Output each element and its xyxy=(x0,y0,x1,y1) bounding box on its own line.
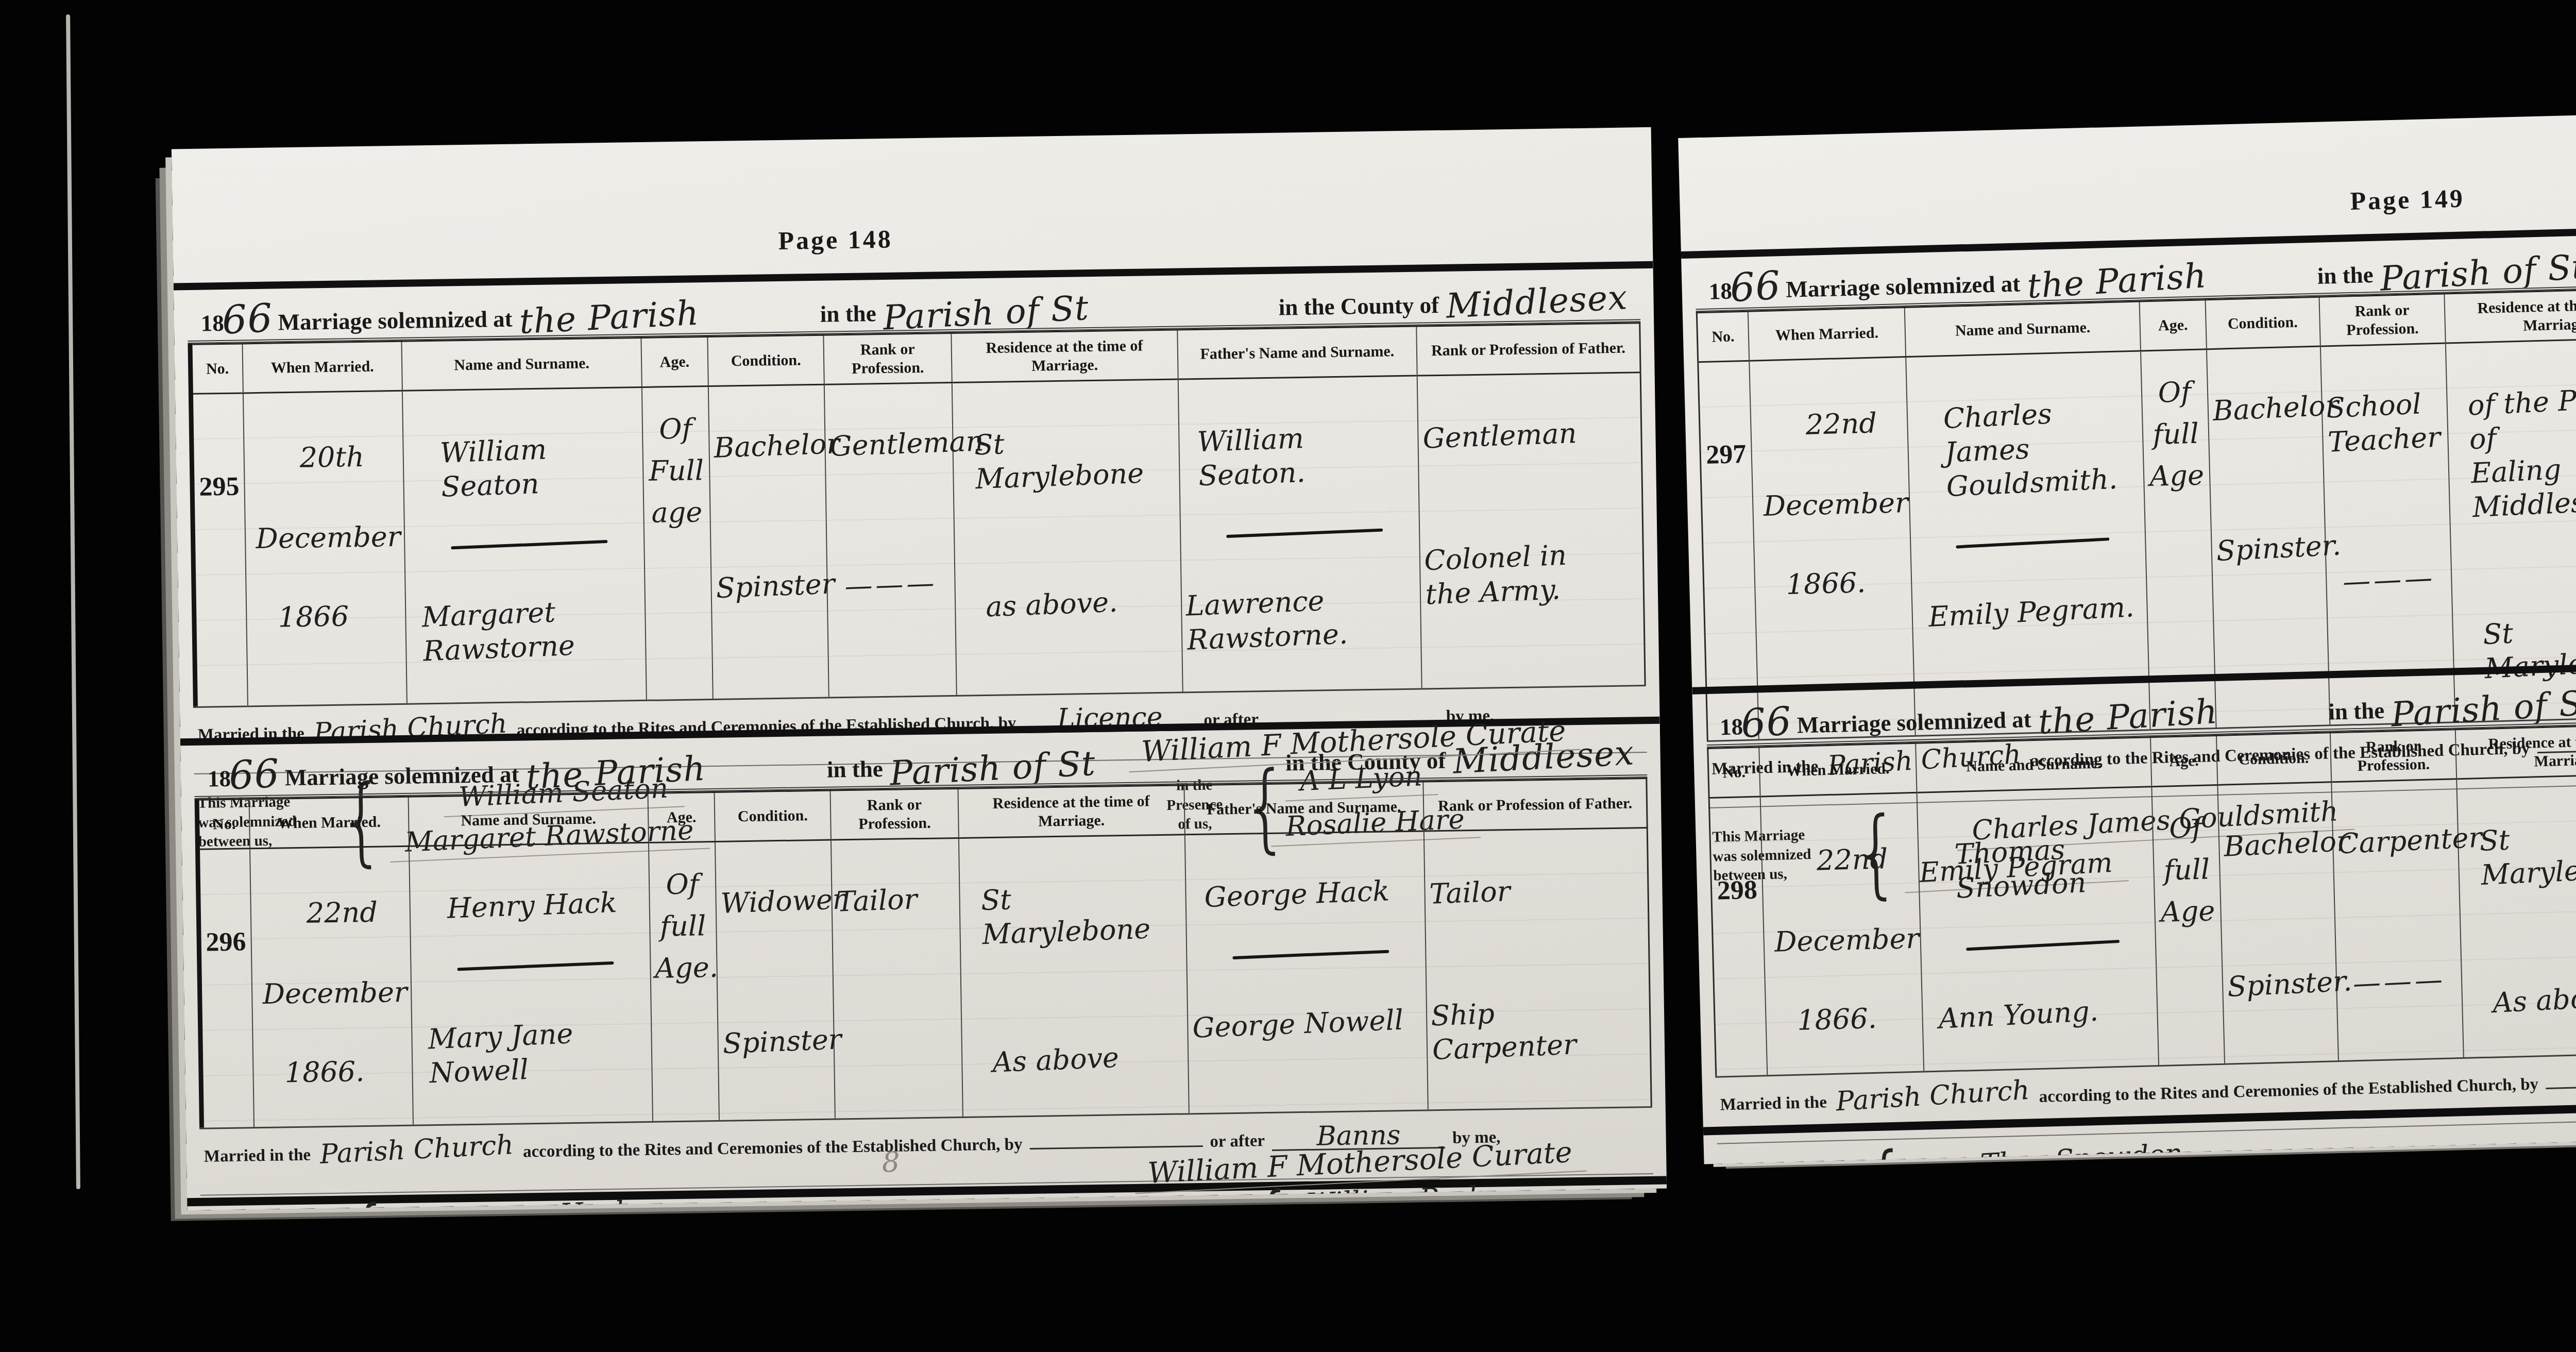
in-the-label: in the xyxy=(2328,697,2385,725)
register-table: No. When Married. Name and Surname. Age.… xyxy=(1707,712,2576,1076)
cell-record-number: 297 xyxy=(1698,361,1759,740)
rites-label: according to the Rites and Ceremonies of… xyxy=(523,1135,1023,1161)
bride-name: Emily Pegram. xyxy=(1927,590,2143,634)
col-header-rank-profession: Rank or Profession. xyxy=(824,333,952,385)
col-header-age: Age. xyxy=(641,337,708,387)
cell-record-number: 296 xyxy=(198,849,254,1128)
bride-name: Margaret Rawstorne xyxy=(421,592,642,668)
cell-condition: Bachelor Spinster xyxy=(708,384,829,699)
col-header-age: Age. xyxy=(2150,735,2217,786)
marriage-record-section: 1866 Marriage solemnized at the Parish C… xyxy=(1681,215,2576,687)
groom-father-name: William Seaton. xyxy=(1196,417,1415,493)
bride-rank: ——— xyxy=(2340,961,2458,1001)
married-in-label: Married in the xyxy=(1720,1093,1827,1114)
register-table: No. When Married. Name and Surname. Age.… xyxy=(188,322,1646,706)
groom-residence: of the Parish of Ealing Middlesex xyxy=(2467,380,2576,525)
year-handwritten: 66 xyxy=(221,298,274,340)
wedding-month: December xyxy=(1763,489,1905,522)
groom-condition: Bachelor xyxy=(2223,825,2329,864)
cell-names: William Seaton Margaret Rawstorne xyxy=(402,387,646,703)
cell-residence: St Marylebone As above xyxy=(959,835,1189,1117)
cell-when-married: 20th December 1866 xyxy=(243,391,407,705)
cell-rank: Carpenter ——— xyxy=(2331,779,2464,1061)
groom-rank: Carpenter xyxy=(2337,822,2454,861)
solemnized-at-label: Marriage solemnized at xyxy=(1786,270,2021,302)
bride-condition: Spinster xyxy=(715,567,823,605)
rites-label: according to the Rites and Ceremonies of… xyxy=(2039,1075,2538,1107)
record-number: 296 xyxy=(204,852,247,959)
cell-record-number: 295 xyxy=(191,393,247,706)
col-header-residence: Residence at the time of Marriage. xyxy=(2455,724,2576,779)
bride-father-name: Lawrence Rawstorne. xyxy=(1185,581,1417,657)
age-value: Of full Age. xyxy=(653,863,713,989)
entry-row: 296 22nd December 1866. Henry Hack Mary … xyxy=(198,828,1652,1128)
cell-father-rank: Tailor Ship Carpenter xyxy=(1424,828,1651,1110)
col-header-father-name: Father's Name and Surname. xyxy=(1177,326,1417,379)
wedding-day: 22nd xyxy=(1805,408,1903,440)
bride-rank: ——— xyxy=(832,565,951,604)
col-header-name-surname: Name and Surname. xyxy=(409,793,649,846)
ditto-dash xyxy=(1966,939,2120,950)
cell-condition: Bachelor Spinster. xyxy=(2217,782,2338,1063)
ditto-dash xyxy=(1956,538,2109,549)
cell-residence: St Marylebone as above. xyxy=(952,379,1183,695)
pencil-mark: 8 xyxy=(882,1146,900,1179)
page-sections: 1866 Marriage solemnized at the Parish C… xyxy=(1681,215,2576,1123)
col-header-name-surname: Name and Surname. xyxy=(1916,737,2152,793)
year-printed: 18 xyxy=(208,765,231,792)
entry-row: 298 22nd December 1866. Thomas Snowdon A… xyxy=(1709,762,2576,1076)
col-header-rank-profession: Rank or Profession. xyxy=(2319,294,2446,346)
in-the-label: in the xyxy=(820,300,876,328)
bride-name: Ann Young. xyxy=(1938,992,2154,1036)
married-in-label: Married in the xyxy=(204,1146,311,1167)
entry-row: 295 20th December 1866 William Seaton Ma… xyxy=(191,373,1645,706)
col-header-no: No. xyxy=(1708,747,1760,798)
cell-condition: Widower Spinster xyxy=(715,840,835,1120)
col-header-residence: Residence at the time of Marriage. xyxy=(2444,288,2576,343)
bride-rank: ——— xyxy=(2330,560,2448,599)
groom-name: Thomas Snowdon xyxy=(1954,829,2151,905)
col-header-name-surname: Name and Surname. xyxy=(402,337,642,391)
bride-residence: As above xyxy=(992,1038,1184,1079)
married-place-handwritten: Parish Church xyxy=(1835,1075,2030,1118)
groom-rank: Tailor xyxy=(836,881,956,919)
groom-condition: Bachelor xyxy=(2212,390,2318,428)
col-header-no: No. xyxy=(197,799,250,849)
cell-age: Of Full age xyxy=(641,386,713,700)
wedding-year: 1866. xyxy=(1786,567,1907,600)
cell-father-name: George Hack George Nowell xyxy=(1185,831,1428,1113)
wedding-day: 22nd xyxy=(306,898,405,928)
col-header-when-married: When Married. xyxy=(249,797,409,849)
groom-name: William Seaton xyxy=(439,429,639,504)
year-handwritten: 66 xyxy=(1729,265,1782,308)
wedding-year: 1866. xyxy=(1797,1003,1918,1036)
wedding-month: December xyxy=(256,522,400,554)
ditto-dash xyxy=(457,961,613,971)
page-number: Page 149 xyxy=(1680,166,2576,234)
col-header-father-rank: Rank or Profession of Father. xyxy=(1423,779,1647,831)
wedding-year: 1866 xyxy=(278,601,401,632)
col-header-condition: Condition. xyxy=(707,335,824,386)
cell-father-name: William Seaton. Lawrence Rawstorne. xyxy=(1178,376,1421,691)
bride-residence: as above. xyxy=(985,583,1177,624)
cell-record-number: 298 xyxy=(1709,797,1767,1076)
cell-condition: Bachelor Spinster. xyxy=(2207,346,2330,728)
by-method-handwritten xyxy=(2546,1084,2576,1090)
col-header-rank-profession: Rank or Profession. xyxy=(831,788,959,840)
page-sections: 1866 Marriage solemnized at the Parish C… xyxy=(174,261,1667,1194)
cell-names: Thomas Snowdon Ann Young. xyxy=(1917,787,2159,1071)
wedding-month: December xyxy=(1774,924,1917,957)
ditto-dash xyxy=(1226,528,1382,537)
cell-age: Of full Age xyxy=(2152,785,2225,1065)
left-brace: { xyxy=(343,1188,373,1210)
cell-residence: St Marylebone As above. xyxy=(2456,773,2576,1057)
bride-residence: As above. xyxy=(2492,976,2576,1020)
county-of-label: in the County of xyxy=(1278,292,1439,321)
cell-residence: of the Parish of Ealing Middlesex St Mar… xyxy=(2446,337,2576,721)
cell-rank: Tailor xyxy=(831,838,963,1118)
year-handwritten: 66 xyxy=(228,754,280,796)
col-header-residence: Residence at the time of Marriage. xyxy=(951,330,1178,383)
in-the-label: in the xyxy=(2317,261,2374,290)
cell-when-married: 22nd December 1866. xyxy=(250,846,414,1127)
left-brace: { xyxy=(1859,1134,1890,1164)
solemnized-at-label: Marriage solemnized at xyxy=(284,761,519,791)
book-edge-sliver xyxy=(66,14,80,1189)
county-handwritten: Middlesex xyxy=(1446,280,1629,323)
col-header-residence: Residence at the time of Marriage. xyxy=(958,785,1184,838)
register-page-149: Page 149 1866 Marriage solemnized at the… xyxy=(1678,102,2576,1164)
groom-rank: School Teacher xyxy=(2326,386,2445,459)
wedding-day: 22nd xyxy=(1816,844,1914,875)
groom-rank: Gentleman xyxy=(829,426,949,464)
col-header-when-married: When Married. xyxy=(1759,743,1917,797)
register-table: No. When Married. Name and Surname. Age.… xyxy=(195,778,1652,1128)
col-header-condition: Condition. xyxy=(2205,297,2320,349)
marriage-record-section: 1866 Marriage solemnized at the Parish C… xyxy=(174,261,1660,739)
col-header-condition: Condition. xyxy=(2216,733,2332,785)
record-number: 298 xyxy=(1714,801,1758,907)
col-header-when-married: When Married. xyxy=(1748,308,1906,361)
col-header-when-married: When Married. xyxy=(242,341,402,393)
wedding-year: 1866. xyxy=(284,1057,408,1088)
solemnized-at-label: Marriage solemnized at xyxy=(278,306,513,336)
col-header-name-surname: Name and Surname. xyxy=(1905,301,2141,357)
bride-condition: Spinster. xyxy=(2215,529,2321,568)
record-number: 295 xyxy=(197,397,240,504)
groom-father-rank: Gentleman xyxy=(1422,414,1637,456)
age-value: Of full Age xyxy=(2146,370,2205,497)
bride-name: Mary Jane Nowell xyxy=(427,1013,648,1090)
bride-rank xyxy=(838,1021,956,1025)
col-header-no: No. xyxy=(190,344,243,394)
cell-age: Of full Age xyxy=(2141,349,2216,729)
bride-father-rank: Colonel in the Army. xyxy=(1423,535,1640,612)
groom-name: Henry Hack xyxy=(446,885,645,926)
groom-residence: St Marylebone xyxy=(980,876,1182,952)
year-printed: 18 xyxy=(201,310,225,337)
bride-condition: Spinster xyxy=(722,1023,831,1061)
cell-father-rank: Gentleman Colonel in the Army. xyxy=(1417,373,1645,688)
col-header-father-rank: Rank or Profession of Father. xyxy=(1416,323,1640,376)
cell-when-married: 22nd December 1866. xyxy=(1760,792,1924,1075)
col-header-age: Age. xyxy=(648,792,715,842)
col-header-condition: Condition. xyxy=(715,790,832,841)
or-after-label: or after xyxy=(1210,1131,1265,1152)
age-value: Of Full age xyxy=(647,408,706,534)
bride-father-name: George Nowell xyxy=(1192,1002,1423,1045)
groom-condition: Bachelor xyxy=(714,428,821,465)
col-header-age: Age. xyxy=(2140,300,2207,351)
ditto-dash xyxy=(451,539,607,549)
col-header-rank-profession: Rank or Profession. xyxy=(2330,730,2457,782)
year-printed: 18 xyxy=(1720,713,1743,740)
bride-father-rank: Ship Carpenter xyxy=(1430,991,1647,1067)
groom-residence: St Marylebone xyxy=(2479,815,2576,892)
register-page-148: Page 148 1866 Marriage solemnized at the… xyxy=(172,127,1667,1210)
by-method-handwritten xyxy=(1030,1145,1203,1150)
groom-father-name: George Hack xyxy=(1204,873,1421,915)
bride-condition: Spinster. xyxy=(2226,965,2332,1004)
marriage-record-section: 1866 Marriage solemnized at the Parish C… xyxy=(180,717,1667,1194)
marriage-record-section: 1866 Marriage solemnized at the Parish C… xyxy=(1692,650,2576,1123)
this-marriage-label: This Marriage was solemnized between us, xyxy=(200,1199,344,1210)
age-value: Of full Age xyxy=(2157,806,2216,933)
cell-rank: Gentleman ——— xyxy=(824,382,957,697)
year-handwritten: 66 xyxy=(1740,701,1793,743)
groom-name: Charles James Gouldsmith. xyxy=(1942,393,2141,504)
cell-age: Of full Age. xyxy=(649,841,719,1121)
cell-names: Henry Hack Mary Jane Nowell xyxy=(409,842,652,1124)
cell-rank: School Teacher ——— xyxy=(2320,343,2455,724)
solemnized-at-label: Marriage solemnized at xyxy=(1797,706,2031,738)
witness-1-signature: William Peck xyxy=(1290,1181,1501,1210)
married-place-handwritten: Parish Church xyxy=(319,1129,515,1170)
groom-residence: St Marylebone xyxy=(974,421,1176,496)
this-marriage-label: This Marriage was solemnized between us, xyxy=(1717,1146,1861,1164)
col-header-no: No. xyxy=(1697,311,1749,362)
year-printed: 18 xyxy=(1708,278,1732,305)
groom-condition: Widower xyxy=(720,883,828,920)
groom-father-rank: Tailor xyxy=(1429,870,1644,911)
record-number: 297 xyxy=(1703,365,1747,471)
ditto-dash xyxy=(1232,950,1388,959)
col-header-father-name: Father's Name and Surname. xyxy=(1184,782,1424,835)
in-the-label: in the xyxy=(827,755,884,783)
groom-signature: Henry Hack xyxy=(449,1196,648,1210)
groom-signature: Thos Snowdon xyxy=(1964,1138,2199,1164)
wedding-day: 20th xyxy=(299,442,399,473)
wedding-month: December xyxy=(262,978,407,1009)
page-number: Page 148 xyxy=(172,214,1575,267)
